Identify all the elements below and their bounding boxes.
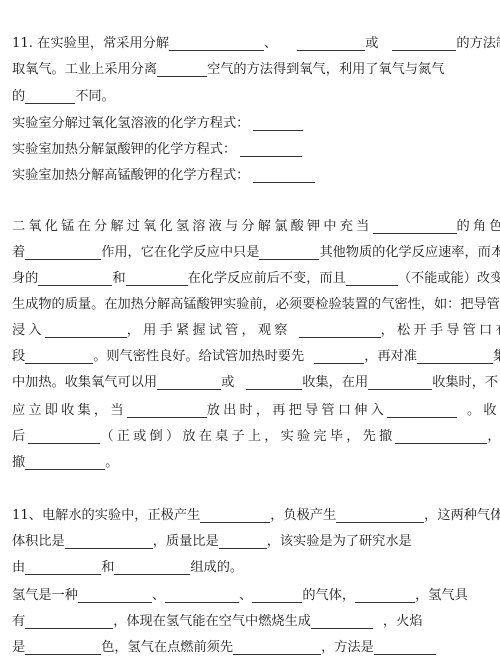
line-text: ，氢气具 (415, 585, 468, 607)
line-text: 、 (264, 33, 277, 55)
line-text: 体积比是 (12, 531, 65, 553)
fill-in-blank[interactable] (28, 429, 100, 444)
line-text: 有 (12, 611, 25, 633)
fill-in-blank[interactable] (169, 36, 264, 51)
text-line: 应立即收集，当放出时，再把导管口伸入。收集完 (12, 400, 500, 422)
line-text: 作用，它在化学反应中只是 (101, 242, 259, 264)
line-text: ，火焰 (383, 611, 423, 633)
line-text: ，质量比是 (153, 531, 219, 553)
fill-in-blank[interactable] (253, 168, 315, 183)
fill-in-blank[interactable] (25, 560, 101, 575)
line-text: 实验室加热分解氯酸钾的化学方程式： (12, 139, 236, 161)
fill-in-blank[interactable] (25, 455, 105, 470)
fill-in-blank[interactable] (387, 403, 457, 418)
fill-in-blank[interactable] (246, 375, 302, 390)
fill-in-blank[interactable] (253, 116, 303, 131)
fill-in-blank[interactable] (165, 588, 239, 603)
line-text: 11、电解水的实验中，正极产生 (12, 505, 200, 527)
fill-in-blank[interactable] (219, 534, 267, 549)
text-line: 中加热。收集氧气可以用或收集，在用收集时，不 (12, 372, 498, 394)
fill-in-blank[interactable] (417, 349, 493, 364)
text-line: 氢气是一种、、的气体，，氢气具 (12, 585, 468, 607)
line-text: 二氧化锰在分解过氧化氢溶液与分解氯酸钾中充当 (12, 216, 373, 238)
text-line: 体积比是，质量比是，该实验是为了研究水是 (12, 531, 412, 553)
line-text: 组成的。 (190, 557, 243, 579)
line-text: 的 (12, 86, 25, 108)
line-text: 段 (12, 346, 25, 368)
fill-in-blank[interactable] (373, 219, 457, 234)
fill-in-blank[interactable] (259, 245, 319, 260)
text-line: 二氧化锰在分解过氧化氢溶液与分解氯酸钾中充当的角色，起 (12, 216, 500, 238)
line-text: 。则气密性良好。给试管加热时要先 (93, 346, 304, 368)
fill-in-blank[interactable] (25, 89, 75, 104)
fill-in-blank[interactable] (311, 614, 373, 629)
line-text: 是 (12, 637, 25, 659)
fill-in-blank[interactable] (240, 142, 302, 157)
line-text: 身的 (12, 268, 38, 290)
line-text: 的角色，起 (457, 216, 500, 238)
fill-in-blank[interactable] (346, 271, 398, 286)
text-line: 取氧气。工业上采用分离空气的方法得到氧气，利用了氧气与氮气 (12, 59, 444, 81)
fill-in-blank[interactable] (200, 508, 270, 523)
line-text: 和 (101, 557, 114, 579)
fill-in-blank[interactable] (126, 271, 188, 286)
line-text: 、 (239, 585, 252, 607)
line-text: ，用手紧握试管，观察 (127, 320, 291, 342)
fill-in-blank[interactable] (395, 429, 487, 444)
fill-in-blank[interactable] (233, 640, 321, 655)
line-text: ，再 (487, 426, 500, 448)
text-line: 浸入，用手紧握试管，观察，松开手导管口有一 (12, 320, 500, 342)
line-text: 。 (105, 452, 118, 474)
line-text: 着 (12, 242, 25, 264)
line-text: 、 (152, 585, 165, 607)
fill-in-blank[interactable] (252, 588, 302, 603)
text-line: 11. 在实验里，常采用分解、或的方法制 (12, 33, 500, 55)
fill-in-blank[interactable] (157, 375, 221, 390)
line-text: 空气的方法得到氧气，利用了氧气与氮气 (207, 59, 444, 81)
text-line: 11、电解水的实验中，正极产生，负极产生，这两种气体 (12, 505, 500, 527)
text-line: 身的和在化学反应前后不变，而且（不能或能）改变 (12, 268, 500, 290)
fill-in-blank[interactable] (314, 349, 364, 364)
line-text: 收集时，不 (432, 372, 498, 394)
fill-in-blank[interactable] (45, 323, 127, 338)
text-line: 后（正或倒）放在桌子上，实验完毕，先撤，再 (12, 426, 500, 448)
text-line: 实验室分解过氧化氢溶液的化学方程式： (12, 113, 303, 135)
line-text: 11. 在实验里，常采用分解 (12, 33, 169, 55)
text-line: 有，体现在氢气能在空气中燃烧生成，火焰 (12, 611, 423, 633)
line-text: 生成物的质量。在加热分解高锰酸钾实验前，必须要检验装置的气密性，如：把导管口 (12, 294, 500, 316)
line-text: 放出时，再把导管口伸入 (207, 400, 387, 422)
line-text: ，再对准 (364, 346, 417, 368)
line-text: （不能或能）改变 (398, 268, 500, 290)
fill-in-blank[interactable] (336, 508, 424, 523)
fill-in-blank[interactable] (78, 588, 152, 603)
line-text: ，负极产生 (270, 505, 336, 527)
line-text: 的方法制 (456, 33, 500, 55)
text-line: 段。则气密性良好。给试管加热时要先，再对准集 (12, 346, 500, 368)
line-text: 应立即收集，当 (12, 400, 127, 422)
line-text: ，体现在氢气能在空气中燃烧生成 (113, 611, 311, 633)
line-text: 和 (112, 268, 125, 290)
line-text: 撤 (12, 452, 25, 474)
line-text: 或 (221, 372, 234, 394)
line-text: 收集，在用 (302, 372, 368, 394)
text-line: 生成物的质量。在加热分解高锰酸钾实验前，必须要检验装置的气密性，如：把导管口 (12, 294, 500, 316)
fill-in-blank[interactable] (157, 62, 207, 77)
line-text: 。收集完 (467, 400, 500, 422)
line-text: 实验室加热分解高锰酸钾的化学方程式： (12, 165, 249, 187)
text-line: 是色，氢气在点燃前须先，方法是 (12, 637, 436, 659)
text-line: 由和组成的。 (12, 557, 243, 579)
line-text: 后 (12, 426, 28, 448)
fill-in-blank[interactable] (25, 640, 101, 655)
line-text: 色，氢气在点燃前须先 (101, 637, 233, 659)
fill-in-blank[interactable] (65, 534, 153, 549)
fill-in-blank[interactable] (25, 245, 101, 260)
text-line: 实验室加热分解高锰酸钾的化学方程式： (12, 165, 315, 187)
fill-in-blank[interactable] (114, 560, 190, 575)
fill-in-blank[interactable] (25, 349, 93, 364)
line-text: 中加热。收集氧气可以用 (12, 372, 157, 394)
fill-in-blank[interactable] (297, 36, 365, 51)
fill-in-blank[interactable] (374, 640, 436, 655)
fill-in-blank[interactable] (392, 36, 456, 51)
text-line: 着作用，它在化学反应中只是其他物质的化学反应速率，而本 (12, 242, 500, 264)
line-text: 在化学反应前后不变，而且 (188, 268, 346, 290)
line-text: ，这两种气体 (424, 505, 500, 527)
fill-in-blank[interactable] (38, 271, 112, 286)
text-line: 实验室加热分解氯酸钾的化学方程式： (12, 139, 302, 161)
line-text: 浸入 (12, 320, 45, 342)
fill-in-blank[interactable] (299, 323, 381, 338)
line-text: 的气体， (302, 585, 355, 607)
line-text: 实验室分解过氧化氢溶液的化学方程式： (12, 113, 249, 135)
line-text: 由 (12, 557, 25, 579)
line-text: 不同。 (75, 86, 115, 108)
text-line: 的不同。 (12, 86, 115, 108)
fill-in-blank[interactable] (127, 403, 207, 418)
line-text: ，方法是 (321, 637, 374, 659)
line-text: ，该实验是为了研究水是 (267, 531, 412, 553)
line-text: 集 (493, 346, 500, 368)
text-line: 撤。 (12, 452, 118, 474)
fill-in-blank[interactable] (368, 375, 432, 390)
line-text: 其他物质的化学反应速率，而本 (319, 242, 500, 264)
line-text: （正或倒）放在桌子上，实验完毕，先撤 (100, 426, 395, 448)
fill-in-blank[interactable] (25, 614, 113, 629)
line-text: 氢气是一种 (12, 585, 78, 607)
line-text: ，松开手导管口有一 (381, 320, 500, 342)
line-text: 或 (365, 33, 378, 55)
fill-in-blank[interactable] (355, 588, 415, 603)
line-text: 取氧气。工业上采用分离 (12, 59, 157, 81)
